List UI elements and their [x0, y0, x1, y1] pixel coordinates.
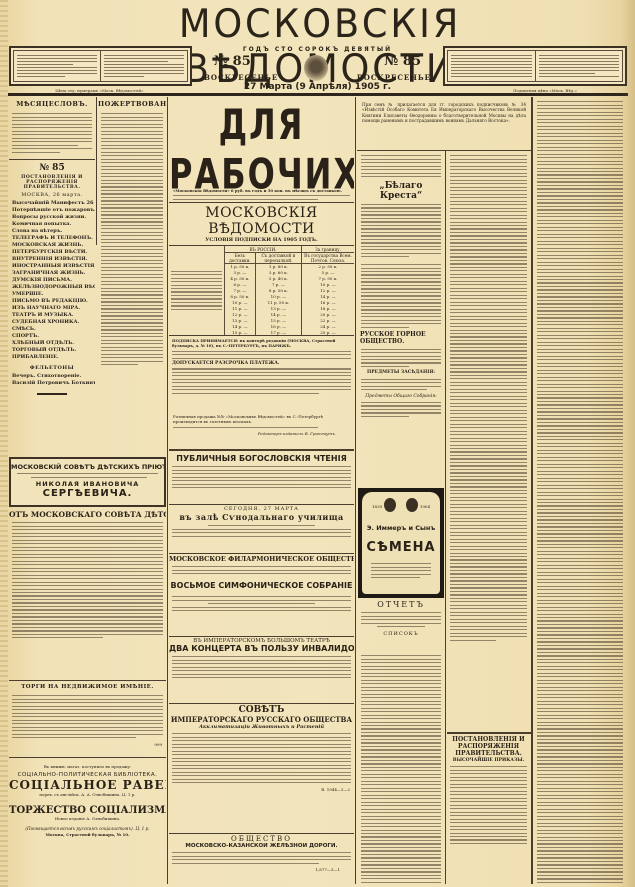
library-address: Москва, Страстной бульваръ, № 10.: [9, 832, 166, 837]
agenda-heading: ПРЕДМЕТЫ ЗАСѢДАНІЯ:: [358, 370, 444, 375]
weekday-right: ВОСКРЕСЕНЬЕ: [357, 73, 431, 82]
calendar-heading: МѢСЯЦЕСЛОВЪ.: [9, 100, 95, 108]
rates-col-header: Въ государства Всем. Почтов. Союза.: [302, 252, 354, 263]
retail-note: Розничная продажа №№ «Московскихъ Вѣдомо…: [169, 413, 354, 447]
orphans-notice-name1: НИКОЛАЯ ИВАНОВИЧА: [11, 480, 164, 488]
report-heading: ОТЧЕТЪ: [358, 600, 444, 609]
section-rule: [169, 703, 354, 704]
ad-footer: В. 1944—3—2: [169, 787, 354, 792]
column-rule: [96, 97, 97, 245]
subscription-note: ПОДПИСКА ПРИНИМАЕТСЯ: въ конторѣ редакці…: [169, 336, 354, 348]
meeting-heading: Предметы Общаго Собранія:: [358, 394, 444, 399]
column-rule: [355, 97, 356, 884]
year-line: ГОДЪ СТО СОРОКЪ ДЕВЯТЫЙ: [200, 46, 435, 53]
contents-item[interactable]: ПРИБАВЛЕНІЕ.: [9, 354, 95, 361]
newspaper-page: МОСКОВСКІЯ ВѢДОМОСТИ Цѣна отд. нумерамъ …: [0, 0, 635, 887]
issue-meta: ГОДЪ СТО СОРОКЪ ДЕВЯТЫЙ № 85 № 85 ВОСКРЕ…: [200, 46, 435, 92]
section-rule: [357, 150, 531, 151]
ad-title: ВОСЬМОЕ СИМФОНИЧЕСКОЕ СОБРАНІЕ: [169, 581, 354, 590]
issue-number-left: № 85: [214, 54, 251, 69]
ad-title: ПУБЛИЧНЫЯ БОГОСЛОВСКІЯ ЧТЕНІЯ: [169, 454, 354, 463]
seeds-brand: Э. Иммеръ и Сынъ: [362, 524, 440, 532]
contents-item[interactable]: ТЕАТРЪ И МУЗЫКА.: [9, 312, 95, 319]
section-rule: [169, 553, 354, 554]
feuilleton-item[interactable]: Вечеръ. Стихотвореніе.: [9, 373, 95, 380]
orphans-notice-name2: СЕРГѢЕВИЧА.: [11, 488, 164, 499]
contents-item[interactable]: ЖЕЛѢЗНОДОРОЖНЫЯ ВѢСТИ.: [9, 284, 95, 291]
column-3: „Бѣлаго Креста“ РУССКОЕ ГОРНОЕ ОБЩЕСТВО.…: [358, 152, 444, 486]
donations-heading: ПОЖЕРТВОВАНІЯ.: [98, 100, 166, 108]
workers-paper-name: МОСКОВСКІЯ ВѢДОМОСТИ: [169, 205, 354, 237]
contents-item[interactable]: Вопросы русской жизни.: [9, 214, 95, 221]
supplement-note: При семъ № прилагается для гг. городских…: [358, 98, 530, 154]
contents-item[interactable]: СМѢСЬ.: [9, 326, 95, 333]
library-intro: Въ книжн. магаз. поступило въ продажу:: [9, 764, 166, 769]
report-section: ОТЧЕТЪ СПИСОКЪ: [358, 600, 444, 650]
contents-item[interactable]: ИНОСТРАННЫЯ ИЗВѢСТІЯ.: [9, 263, 95, 270]
workers-headline: ДЛЯ РАБОЧИХЪ: [169, 100, 354, 199]
issue-heading: № 85: [9, 163, 95, 173]
library-byline1: перев. съ англійск. А. А. Ознобишина. Ц.…: [9, 792, 166, 797]
auction-footer: 999: [9, 742, 166, 747]
section-end-rule: [37, 393, 67, 395]
library-ad: Въ книжн. магаз. поступило въ продажу: С…: [9, 760, 166, 885]
masthead-title: МОСКОВСКІЯ ВѢДОМОСТИ: [47, 2, 592, 46]
contents-item[interactable]: Комичная попытка.: [9, 221, 95, 228]
weekday-left: ВОСКРЕСЕНЬЕ: [204, 73, 278, 82]
medal-icon: [384, 498, 396, 512]
column-1: МѢСЯЦЕСЛОВЪ. № 85 ПОСТАНОВЛЕНІЯ И РАСПОР…: [9, 98, 95, 498]
column-rule: [445, 150, 446, 884]
masthead-rule: [8, 93, 628, 96]
ad-synodal-school: СЕГОДНЯ, 27 МАРТА въ залѣ Сѵнодальнаго у…: [169, 506, 354, 552]
orphans-notice-box: МОСКОВСКІЙ СОВѢТЪ ДѢТСКИХЪ ПРІЮТОВЪ НИКО…: [9, 457, 166, 507]
gov-subheading: ВЫСОЧАЙШІЕ ПРИКАЗЫ.: [447, 758, 530, 763]
rates-row: 15 р. —17 р. —25 р. —: [225, 329, 355, 335]
column-rule: [531, 97, 533, 884]
ad-title: СОВѢТЪ: [169, 705, 354, 715]
contents-item[interactable]: ПИСЬМО ВЪ РЕДАКЦІЮ.: [9, 298, 95, 305]
ad-title: ОБЩЕСТВО: [169, 835, 354, 843]
contents-item[interactable]: УМЕРШІЕ.: [9, 291, 95, 298]
feuilleton-item[interactable]: Василій Петровичъ Боткинъ.: [9, 380, 95, 387]
medal-icon: [406, 498, 418, 512]
contents-item[interactable]: СПОРТЪ.: [9, 333, 95, 340]
donor-list: [358, 652, 444, 884]
seeds-year-left: 1839: [372, 504, 382, 509]
left-ear-box: [9, 46, 192, 86]
binding-edge: [0, 0, 8, 887]
imperial-eagle-icon: [304, 55, 328, 81]
section-rule: [169, 449, 354, 451]
rates-col-header: Съ доставкой и пересылкой.: [255, 252, 301, 263]
orphans-article: ОТЪ МОСКОВСКАГО СОВѢТА ДѢТСКИХЪ ПРІЮТОВЪ…: [9, 510, 166, 678]
page-shade: [621, 0, 635, 887]
contents-item[interactable]: ДУМСКІЯ ПИСЬМА.: [9, 277, 95, 284]
section-rule: [169, 636, 354, 637]
contents-item[interactable]: СУДЕБНАЯ ХРОНИКА.: [9, 319, 95, 326]
installments-heading: ДОПУСКАЕТСЯ РАЗСРОЧКА ПЛАТЕЖА.: [169, 361, 354, 366]
seeds-product: СѢМЕНА: [362, 540, 440, 555]
contents-item[interactable]: МОСКОВСКАЯ ЖИЗНЬ.: [9, 242, 95, 249]
ad-footer: 1,877—3—1: [169, 867, 354, 872]
ad-title: МОСКОВСКОЕ ФИЛАРМОНИЧЕСКОЕ ОБЩЕСТВО.: [169, 555, 354, 563]
ad-philharmonic: МОСКОВСКОЕ ФИЛАРМОНИЧЕСКОЕ ОБЩЕСТВО. ВОС…: [169, 555, 354, 635]
contents-item[interactable]: ВНУТРЕННІЯ ИЗВѢСТІЯ.: [9, 256, 95, 263]
contents-item[interactable]: ПЕТЕРБУРГСКІЯ ВѢСТИ.: [9, 249, 95, 256]
issue-number-right: № 85: [384, 54, 421, 69]
section-rule: [9, 680, 166, 681]
editor-line: Редакторъ-издатель В. Грингмутъ.: [169, 431, 354, 436]
ad-acclimatization-society: СОВѢТЪ ИМПЕРАТОРСКАГО РУССКАГО ОБЩЕСТВА …: [169, 705, 354, 833]
auction-notice: ТОРГИ НА НЕДВИЖИМОЕ ИМѢНІЕ. 999: [9, 682, 166, 754]
library-title1: СОЦІАЛЬНОЕ РАВЕНСТВО,: [9, 778, 166, 792]
section-rule: [169, 504, 354, 505]
feuilleton-heading: ФЕЛЬЕТОНЫ: [9, 365, 95, 371]
ad-subtitle: МОСКОВСКО-КАЗАНСКОЙ ЖЕЛѢЗНОЙ ДОРОГИ.: [169, 843, 354, 849]
column-5: [534, 98, 626, 884]
contents-item[interactable]: ХЛѢБНЫЙ ОТДѢЛЪ.: [9, 340, 95, 347]
library-byline2: Новое изданіе А. Ознобишина.: [9, 816, 166, 821]
government-heading: ПОСТАНОВЛЕНІЯ И РАСПОРЯЖЕНІЯ ПРАВИТЕЛЬСТ…: [9, 175, 95, 190]
rates-col-header: Безъ доставки.: [225, 252, 256, 263]
seeds-year-right: 1904: [420, 504, 430, 509]
library-dedication: (Посвящается всѣмъ русскимъ соціалистамъ…: [9, 826, 166, 831]
orphans-article-title: ОТЪ МОСКОВСКАГО СОВѢТА ДѢТСКИХЪ ПРІЮТОВЪ…: [9, 510, 166, 519]
ad-subtitle: ИМПЕРАТОРСКАГО РУССКАГО ОБЩЕСТВА: [169, 715, 354, 724]
ad-subtitle: ДВА КОНЦЕРТА ВЪ ПОЛЬЗУ ИНВАЛИДОВЪ: [169, 644, 354, 653]
seeds-ad: 1839 1904 Э. Иммеръ и Сынъ СѢМЕНА: [358, 488, 444, 598]
column-rule: [167, 97, 168, 884]
workers-ad: ДЛЯ РАБОЧИХЪ «Московскія Вѣдомости» 6 ру…: [169, 98, 354, 413]
section-rule: [447, 732, 531, 734]
subscription-heading: УСЛОВІЯ ПОДПИСКИ НА 1905 ГОДЪ.: [169, 237, 354, 243]
government-orders: ПОСТАНОВЛЕНІЯ И РАСПОРЯЖЕНІЯ ПРАВИТЕЛЬСТ…: [447, 736, 530, 884]
section-rule: [169, 833, 354, 834]
column-4: [447, 152, 530, 657]
ad-subtitle: въ залѣ Сѵнодальнаго училища: [169, 512, 354, 522]
right-ear-box: [443, 46, 627, 86]
contents-item[interactable]: Слова на вѣтеръ.: [9, 228, 95, 235]
orphans-notice-title: МОСКОВСКІЙ СОВѢТЪ ДѢТСКИХЪ ПРІЮТОВЪ: [11, 463, 164, 471]
column-2: ПОЖЕРТВОВАНІЯ.: [98, 98, 166, 498]
contents-list: Высочайшій Манифестъ 26 марта. Потерпѣвш…: [9, 200, 95, 361]
ad-theology-readings: ПУБЛИЧНЫЯ БОГОСЛОВСКІЯ ЧТЕНІЯ: [169, 452, 354, 502]
contents-item[interactable]: ТОРГОВЫЙ ОТДѢЛЪ.: [9, 347, 95, 354]
ad-railway-society: ОБЩЕСТВО МОСКОВСКО-КАЗАНСКОЙ ЖЕЛѢЗНОЙ ДО…: [169, 835, 354, 885]
dateline: МОСКВА, 26 марта.: [9, 192, 95, 198]
contents-item[interactable]: ЗАГРАНИЧНАЯ ЖИЗНЬ.: [9, 270, 95, 277]
auction-title: ТОРГИ НА НЕДВИЖИМОЕ ИМѢНІЕ.: [9, 684, 166, 690]
list-heading: СПИСОКЪ: [358, 631, 444, 637]
section-rule: [9, 757, 166, 758]
retail-note-text: Розничная продажа №№ «Московскихъ Вѣдомо…: [169, 413, 354, 425]
library-title2: ТОРЖЕСТВО СОЦІАЛИЗМА,: [9, 805, 166, 816]
subscription-table: ВЪ РОССІИ. За границу. Безъ доставки. Съ…: [169, 245, 354, 336]
contents-item[interactable]: ТЕЛЕГРАФЪ И ТЕЛЕФОНЪ.: [9, 235, 95, 242]
ad-invalids-concerts: ВЪ ИМПЕРАТОРСКОМЪ БОЛЬШОМЪ ТЕАТРѢ ДВА КО…: [169, 638, 354, 701]
contents-item[interactable]: Потерпѣвшіе отъ пожаровъ.: [9, 207, 95, 214]
issue-date: 27 Марта (9 Апрѣля) 1905 г.: [200, 82, 435, 92]
contents-item[interactable]: ИЗЪ НАУЧНАГО МІРА.: [9, 305, 95, 312]
gov-heading: ПОСТАНОВЛЕНІЯ И РАСПОРЯЖЕНІЯ ПРАВИТЕЛЬСТ…: [447, 736, 530, 757]
red-cross-title: „Бѣлаго Креста“: [358, 181, 444, 201]
mining-heading: РУССКОЕ ГОРНОЕ ОБЩЕСТВО.: [358, 331, 444, 345]
contents-item[interactable]: Высочайшій Манифестъ 26 марта.: [9, 200, 95, 207]
supplement-note-text: При семъ № прилагается для гг. городских…: [358, 98, 530, 123]
